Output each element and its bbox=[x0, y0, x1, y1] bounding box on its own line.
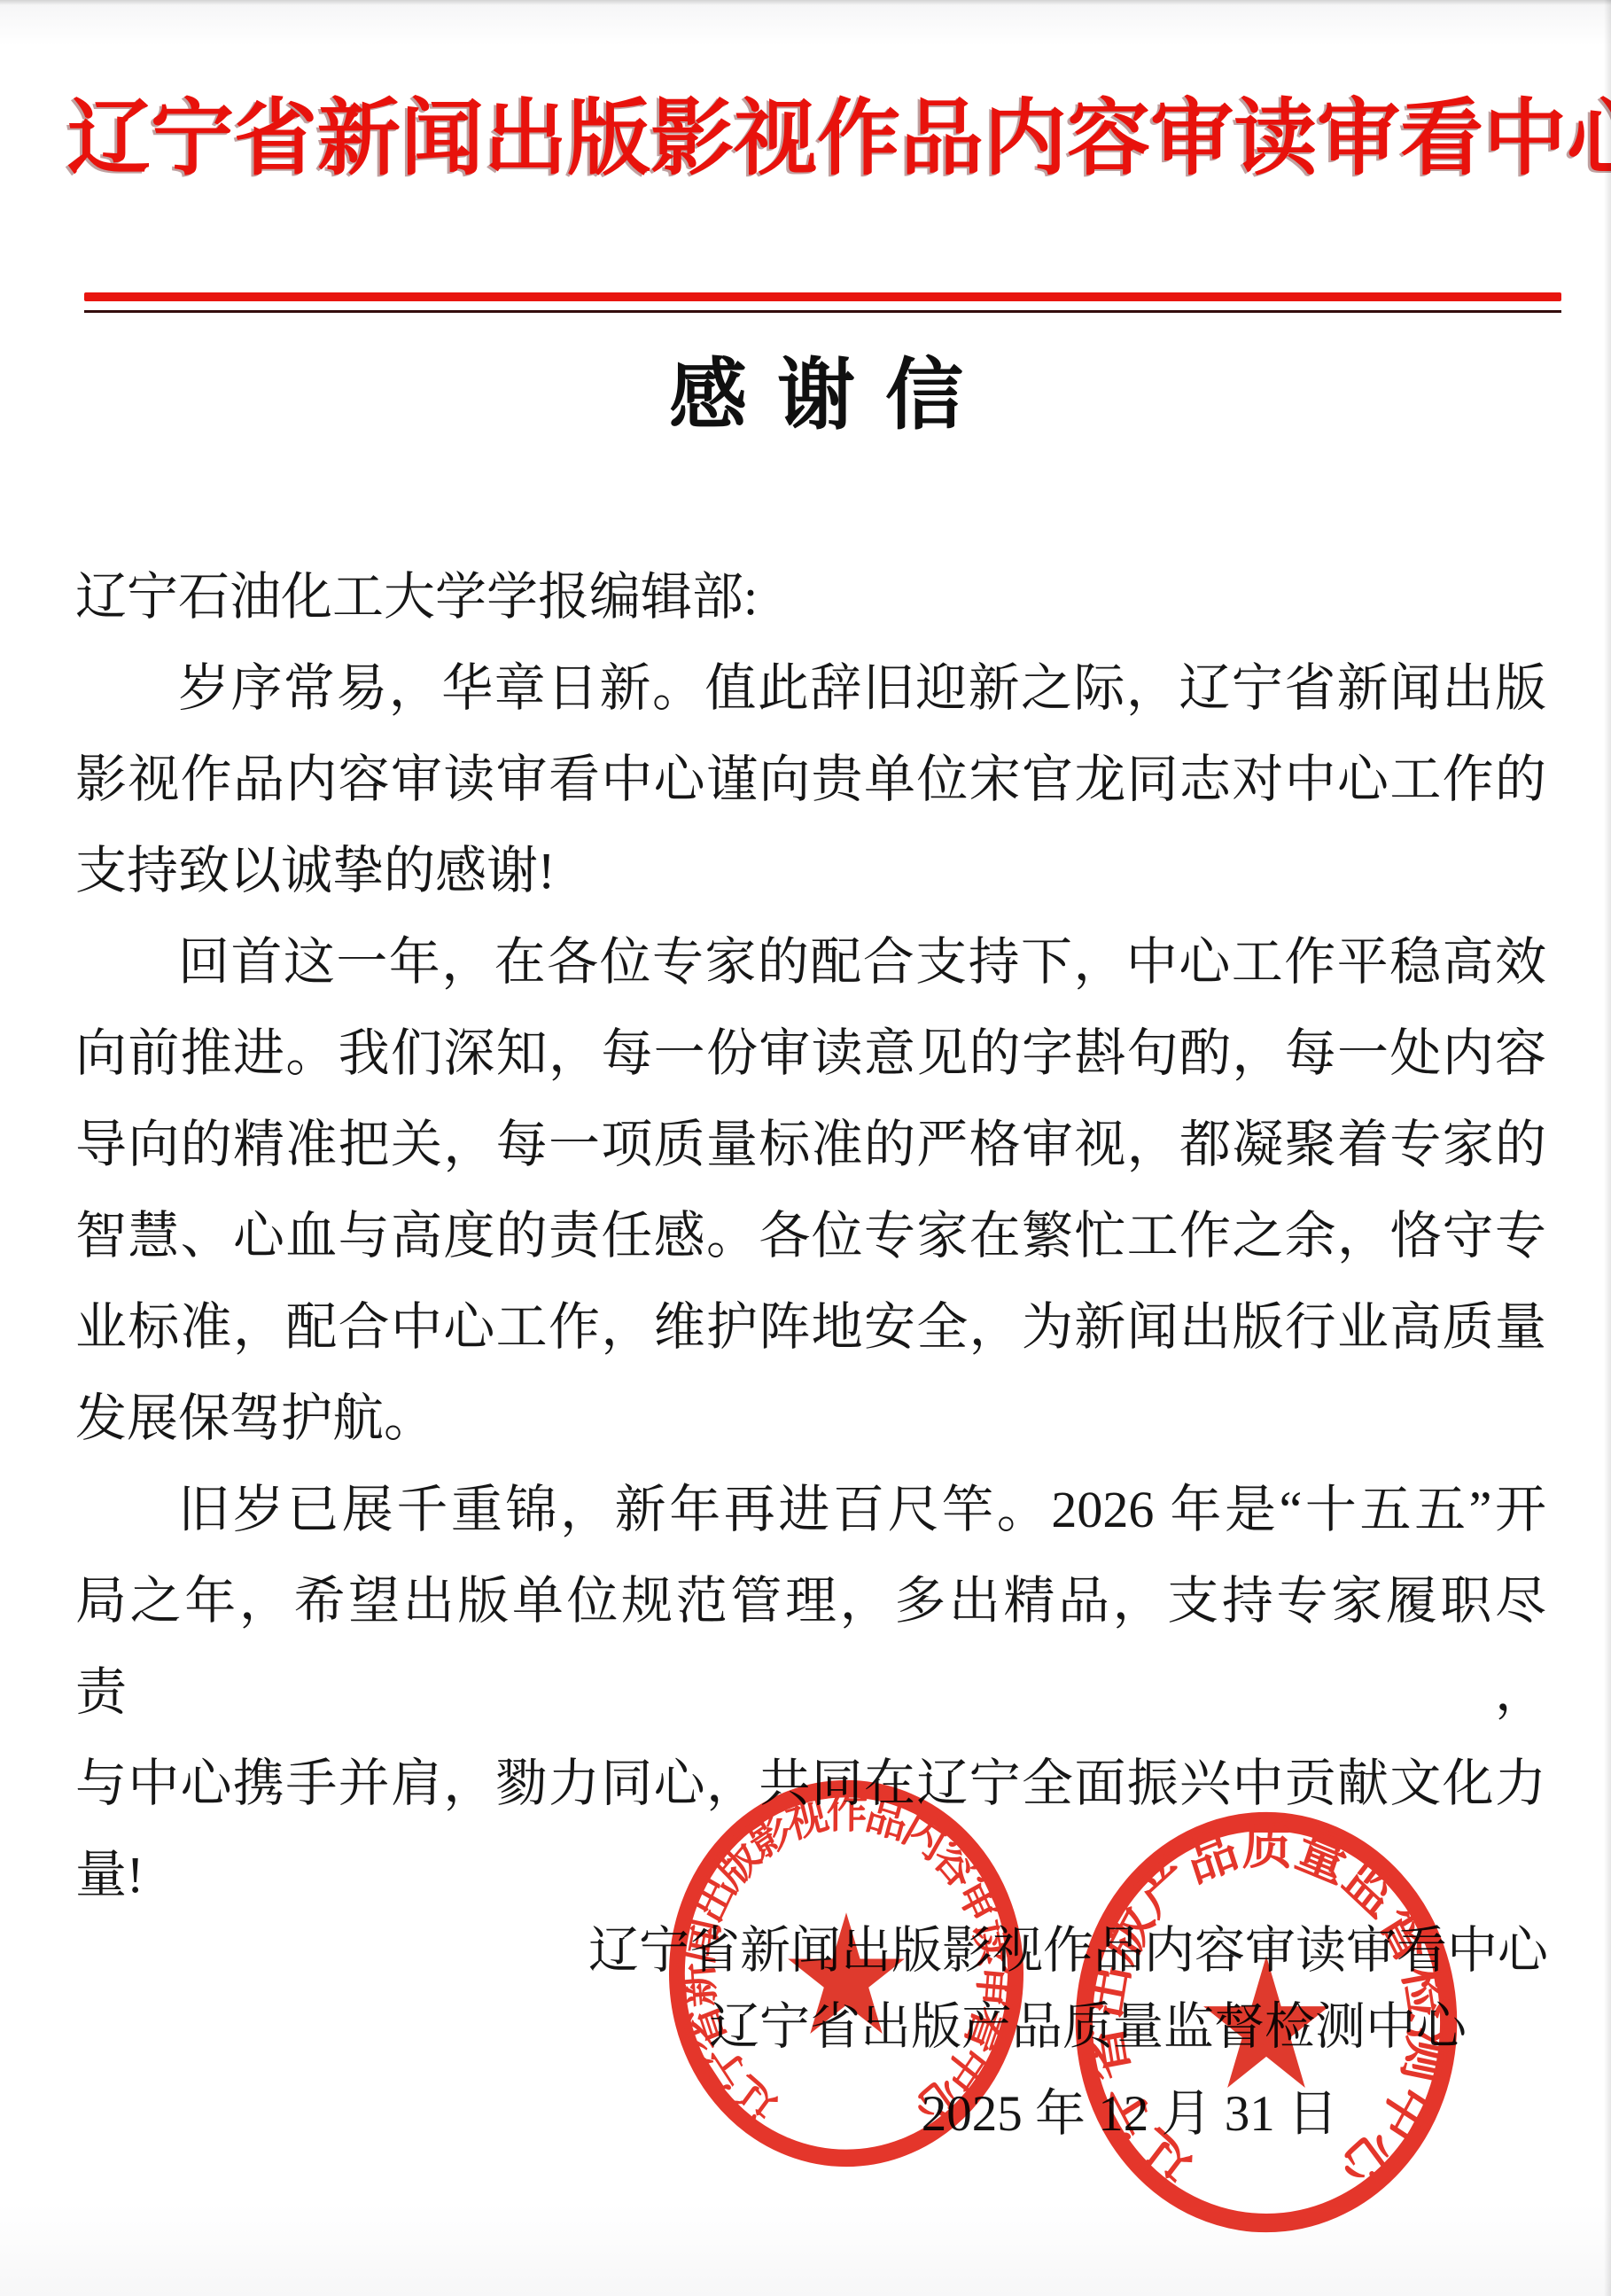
letterhead-char: 新 bbox=[317, 97, 401, 180]
letterhead-char: 作 bbox=[817, 97, 900, 180]
letterhead-char: 省 bbox=[234, 97, 317, 180]
body-line: 业标准，配合中心工作，维护阵地安全，为新闻出版行业高质量 bbox=[75, 1281, 1546, 1373]
letterhead-char: 心 bbox=[1567, 97, 1611, 180]
body-line: 回首这一年，在各位专家的配合支持下，中心工作平稳高效 bbox=[75, 916, 1546, 1008]
seal-graphic: 辽宁省新闻出版影视作品内容审读审看中心 bbox=[660, 1771, 1032, 2176]
body-line: 影视作品内容审读审看中心谨向贵单位宋官龙同志对中心工作的 bbox=[75, 734, 1546, 825]
letterhead-char: 中 bbox=[1483, 97, 1567, 180]
seal-graphic: 辽宁省出版产品质量监督检测中心 bbox=[1066, 1802, 1467, 2243]
letterhead-char: 版 bbox=[567, 97, 650, 180]
letterhead-char: 视 bbox=[734, 97, 817, 180]
body-line: 旧岁已展千重锦，新年再进百尺竿。2026 年是“十五五”开 bbox=[75, 1464, 1546, 1555]
body-line: 智慧、心血与高度的责任感。各位专家在繁忙工作之余，恪守专 bbox=[75, 1190, 1546, 1281]
body-block: 辽宁石油化工大学学报编辑部:岁序常易，华章日新。值此辞旧迎新之际，辽宁省新闻出版… bbox=[75, 551, 1546, 1920]
seal-star-icon bbox=[788, 1912, 905, 2034]
letterhead-char: 辽 bbox=[67, 97, 151, 180]
seal-star-icon bbox=[1203, 1956, 1329, 2088]
body-line: 局之年，希望出版单位规范管理，多出精品，支持专家履职尽责， bbox=[75, 1555, 1546, 1738]
letterhead-char: 宁 bbox=[151, 97, 234, 180]
letterhead-char: 读 bbox=[1234, 97, 1317, 180]
letterhead-char: 看 bbox=[1400, 97, 1483, 180]
letterhead-char: 出 bbox=[484, 97, 567, 180]
letterhead-rule-thin bbox=[84, 310, 1561, 313]
official-seal-quality-inspection: 辽宁省出版产品质量监督检测中心 bbox=[1066, 1802, 1467, 2243]
letterhead-char: 审 bbox=[1150, 97, 1234, 180]
letter-page: 辽宁省新闻出版影视作品内容审读审看中心 感谢信 辽宁石油化工大学学报编辑部:岁序… bbox=[0, 0, 1611, 2296]
letterhead-org-name: 辽宁省新闻出版影视作品内容审读审看中心 bbox=[67, 83, 1538, 193]
body-line: 导向的精准把关，每一项质量标准的严格审视，都凝聚着专家的 bbox=[75, 1099, 1546, 1190]
letterhead-char: 影 bbox=[650, 97, 734, 180]
body-line: 向前推进。我们深知，每一份审读意见的字斟句酌，每一处内容 bbox=[75, 1008, 1546, 1099]
letterhead-char: 闻 bbox=[401, 97, 484, 180]
body-line: 岁序常易，华章日新。值此辞旧迎新之际，辽宁省新闻出版 bbox=[75, 642, 1546, 734]
letterhead-char: 容 bbox=[1067, 97, 1150, 180]
official-seal-content-review: 辽宁省新闻出版影视作品内容审读审看中心 bbox=[660, 1771, 1032, 2176]
body-line: 辽宁石油化工大学学报编辑部: bbox=[75, 551, 1546, 642]
body-line: 支持致以诚挚的感谢! bbox=[75, 825, 1546, 916]
letterhead-char: 审 bbox=[1317, 97, 1400, 180]
body-line: 发展保驾护航。 bbox=[75, 1373, 1546, 1464]
letterhead-rule-thick bbox=[84, 292, 1561, 301]
letterhead-char: 品 bbox=[900, 97, 984, 180]
letterhead-char: 内 bbox=[984, 97, 1067, 180]
document-title: 感谢信 bbox=[0, 354, 1611, 440]
